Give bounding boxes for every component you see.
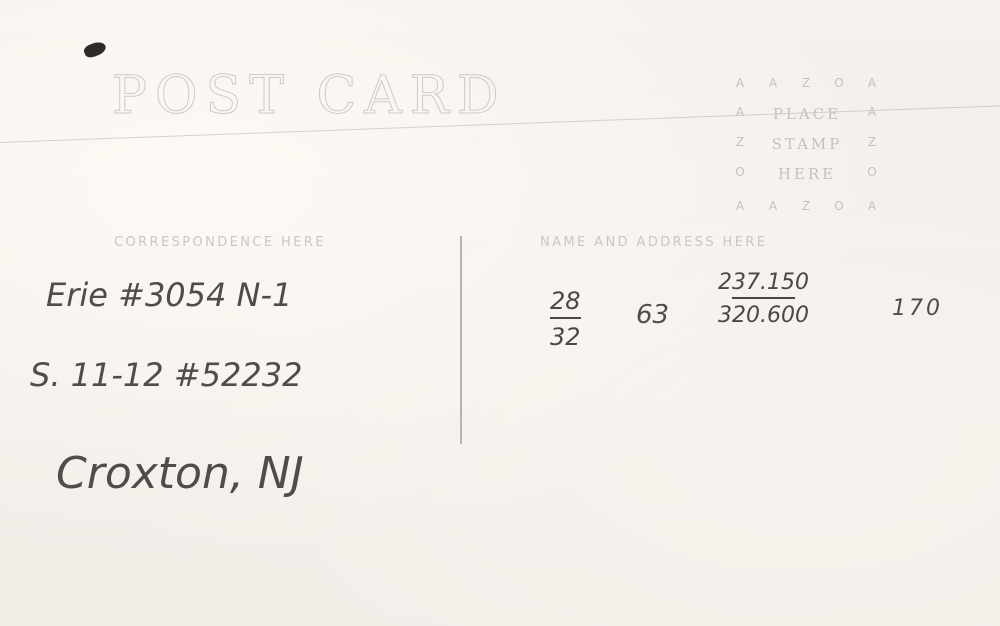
stamp-box: A A Z O A A PLACE A Z STAMP Z O HERE O A… [734, 76, 880, 218]
handwritten-line-1: Erie #3054 N-1 [46, 276, 292, 314]
stamp-border-bottom: A A Z O A [734, 199, 880, 213]
postcard-back: POST CARD A A Z O A A PLACE A Z STAMP Z … [0, 0, 1000, 626]
handwritten-fraction-1: 28 32 [550, 287, 581, 351]
stamp-row-place: A PLACE A [734, 105, 880, 123]
stamp-row-stamp: Z STAMP Z [734, 135, 880, 153]
handwritten-line-3: Croxton, NJ [56, 448, 304, 499]
stamp-text-here: HERE [748, 165, 866, 183]
stamp-text-stamp: STAMP [748, 135, 866, 153]
stamp-row-here: O HERE O [734, 165, 880, 183]
handwritten-number-2: 170 [892, 296, 943, 321]
address-label: NAME AND ADDRESS HERE [540, 235, 767, 250]
center-divider [460, 236, 462, 444]
stamp-border-top: A A Z O A [734, 76, 880, 90]
postcard-title: POST CARD [112, 66, 507, 126]
correspondence-label: CORRESPONDENCE HERE [114, 235, 326, 250]
stamp-text-place: PLACE [748, 105, 866, 123]
ink-smudge [82, 39, 107, 59]
handwritten-line-2: S. 11-12 #52232 [30, 356, 302, 394]
handwritten-number-1: 63 [636, 300, 669, 330]
handwritten-fraction-2: 237.150 320.600 [718, 270, 809, 328]
